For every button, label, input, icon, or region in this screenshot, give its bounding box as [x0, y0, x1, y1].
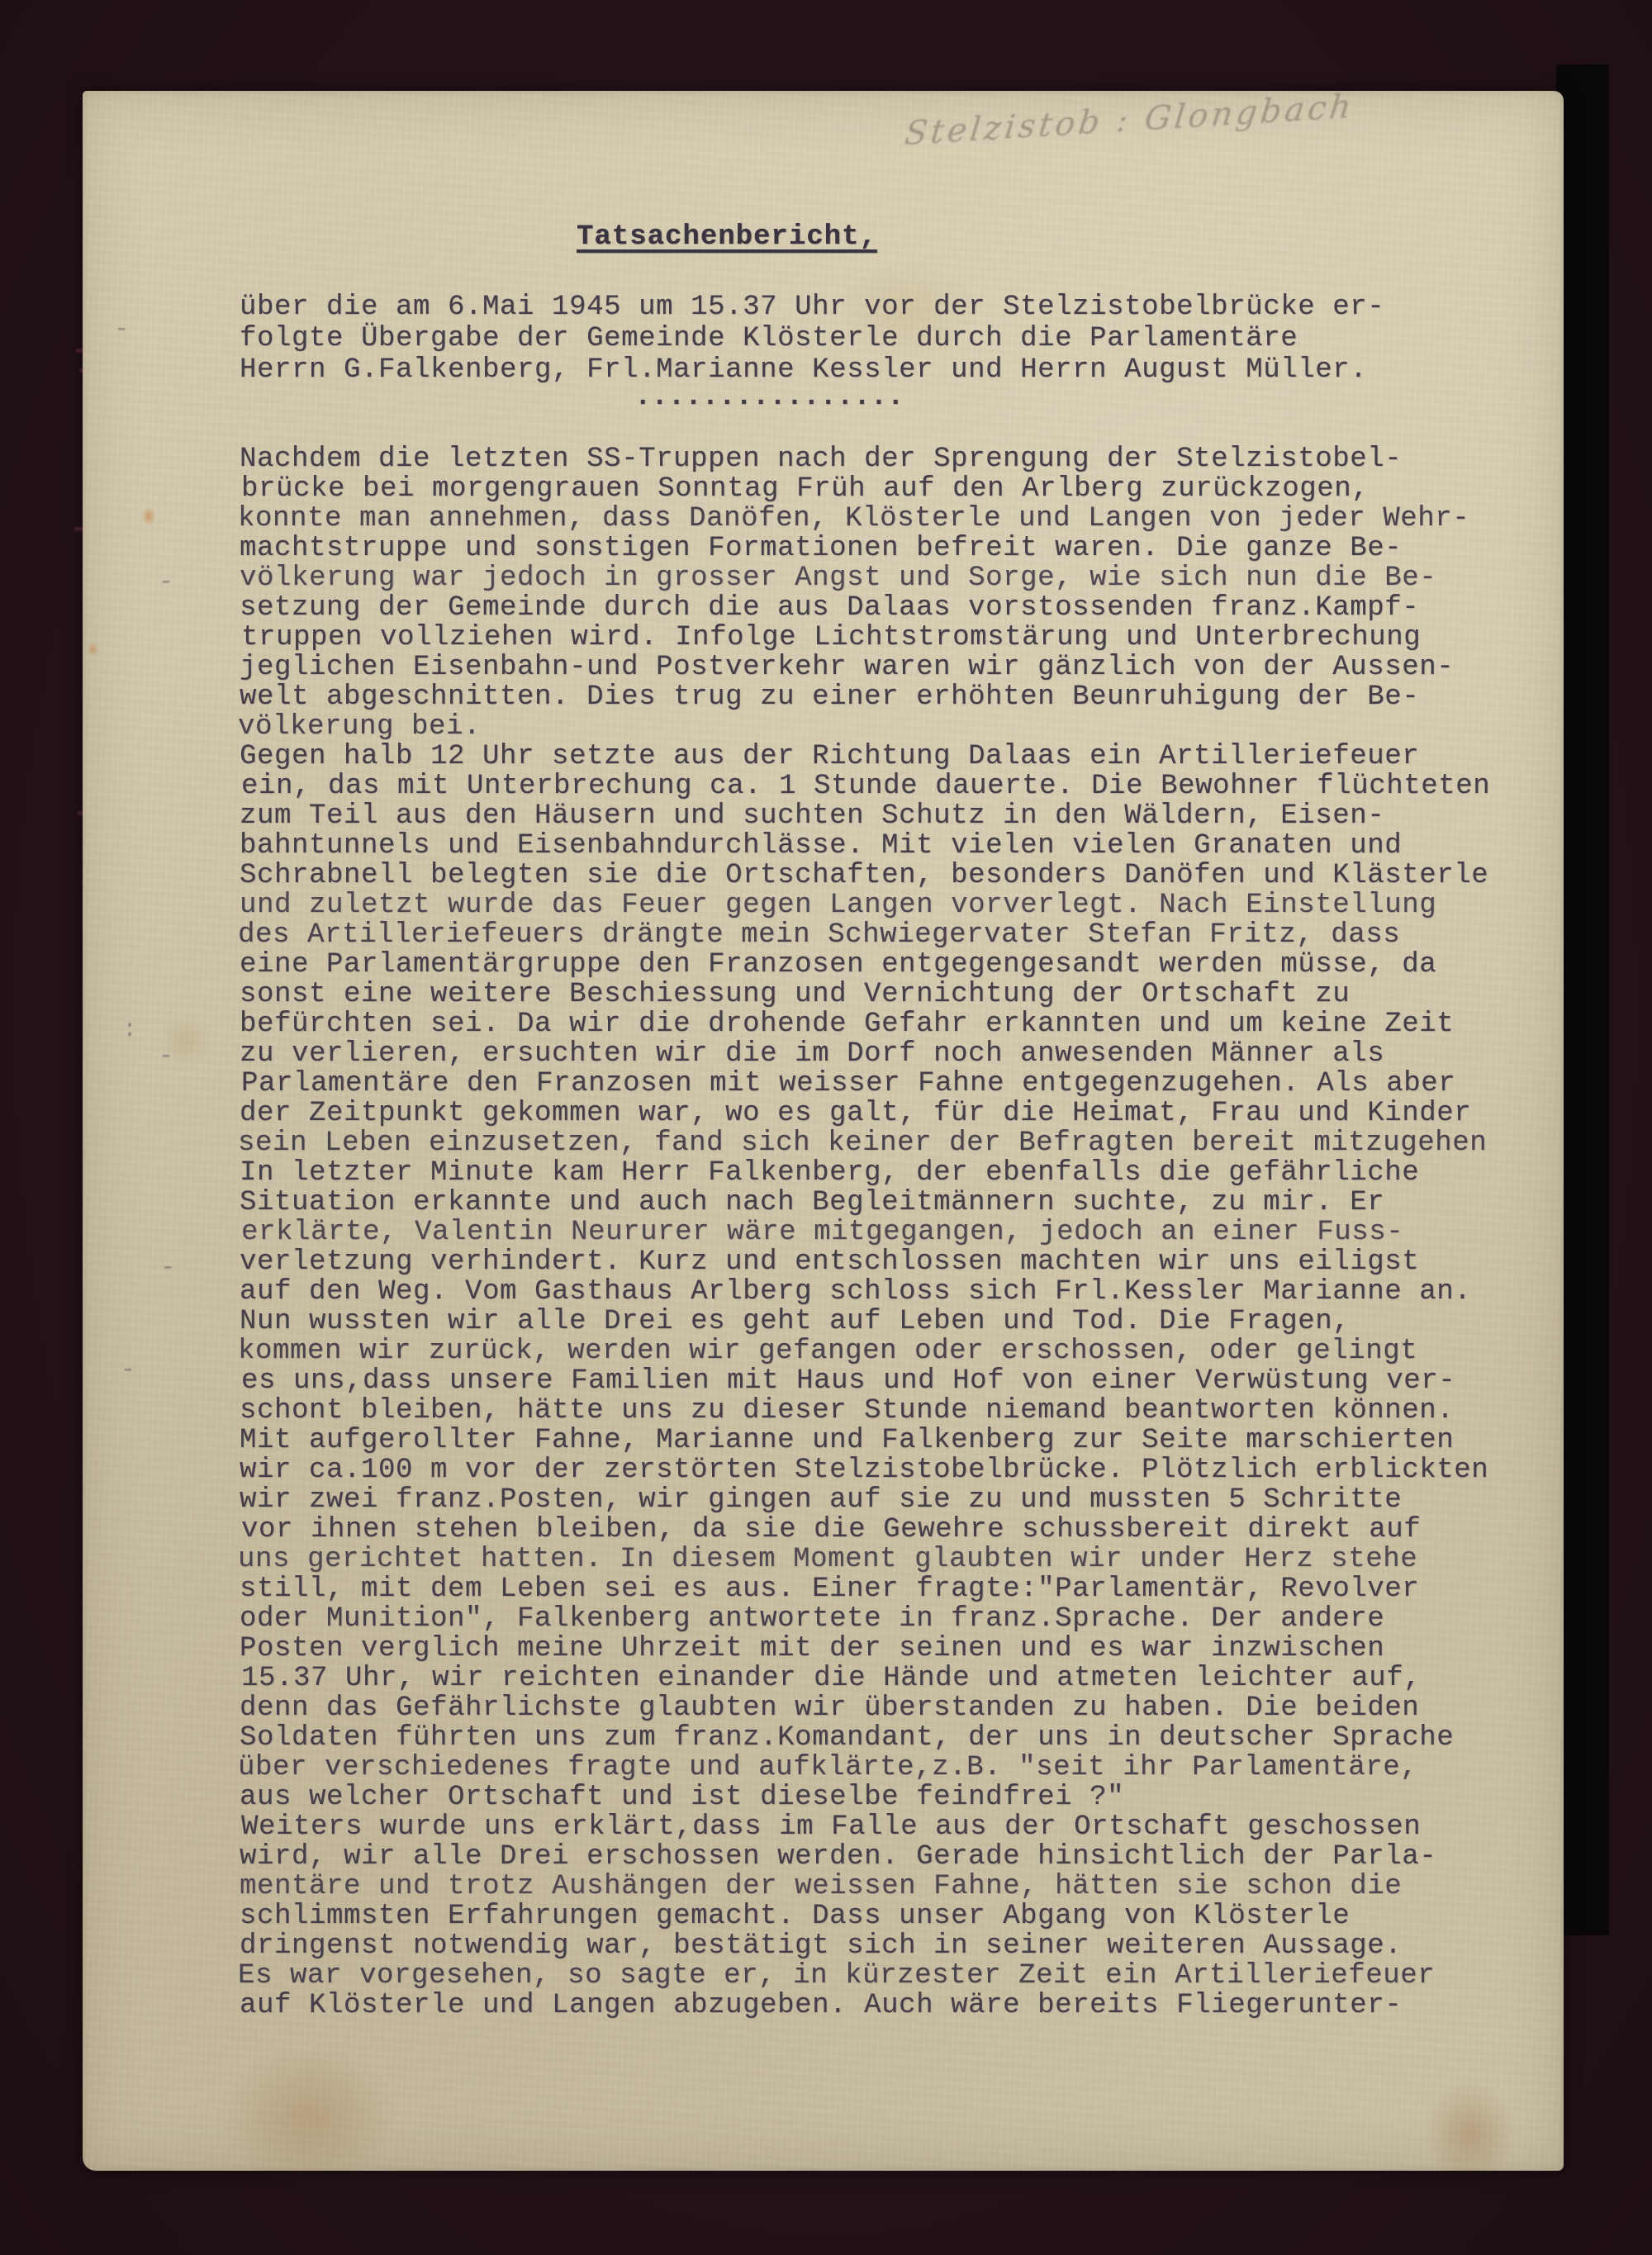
document-page: Stelzistob : Glongbach Tatsachenbericht,… — [83, 91, 1564, 2171]
paper-stain — [223, 2047, 396, 2171]
body-line-3: konnte man annehmen, dass Danöfen, Klöst… — [238, 504, 1526, 534]
paper-stain — [142, 508, 155, 525]
body-line-7: truppen vollziehen wird. Infolge Lichtst… — [241, 623, 1530, 653]
paper-stain — [1425, 2080, 1516, 2171]
body-line-40: oder Munition", Falkenberg antwortete in… — [240, 1604, 1528, 1634]
body-line-53: auf Klösterle und Langen abzugeben. Auch… — [240, 1991, 1528, 2020]
pencil-annotation: Stelzistob : Glongbach — [903, 91, 1369, 153]
subtitle-line-1: über die am 6.Mai 1945 um 15.37 Uhr vor … — [240, 292, 1384, 323]
body-line-50: schlimmsten Erfahrungen gemacht. Dass un… — [240, 1901, 1528, 1931]
body-line-37: vor ihnen stehen bleiben, da sie die Gew… — [241, 1515, 1530, 1545]
pencil-margin-mark: : — [122, 1016, 137, 1044]
body-line-23: der Zeitpunkt gekommen war, wo es galt, … — [240, 1099, 1528, 1128]
body-line-10: völkerung bei. — [238, 712, 1526, 742]
body-line-15: Schrabnell belegten sie die Ortschaften,… — [240, 861, 1528, 890]
pencil-margin-mark: - — [121, 1356, 135, 1384]
paper-stain — [88, 643, 98, 656]
body-line-21: zu verlieren, ersuchten wir die im Dorf … — [240, 1039, 1528, 1069]
body-line-8: jeglichen Eisenbahn-und Postverkehr ware… — [240, 653, 1528, 682]
body-line-43: denn das Gefährlichste glaubten wir über… — [240, 1693, 1528, 1723]
body-line-9: welt abgeschnitten. Dies trug zu einer e… — [240, 682, 1528, 712]
body-line-33: schont bleiben, hätte uns zu dieser Stun… — [240, 1396, 1528, 1426]
subtitle-line-2: folgte Übergabe der Gemeinde Klösterle d… — [240, 323, 1384, 354]
document-body-text: Nachdem die letzten SS-Truppen nach der … — [240, 444, 1528, 2020]
body-line-11: Gegen halb 12 Uhr setzte aus der Richtun… — [240, 742, 1528, 771]
body-line-32: es uns,dass unsere Familien mit Haus und… — [241, 1366, 1530, 1396]
document-subtitle: über die am 6.Mai 1945 um 15.37 Uhr vor … — [240, 292, 1384, 386]
body-line-5: völkerung war jedoch in grosser Angst un… — [240, 563, 1528, 593]
body-line-51: dringenst notwendig war, bestätigt sich … — [240, 1931, 1528, 1961]
separator-dots: ................ — [634, 382, 904, 413]
body-line-44: Soldaten führten uns zum franz.Komandant… — [240, 1723, 1528, 1753]
body-line-34: Mit aufgerollter Fahne, Marianne und Fal… — [240, 1426, 1528, 1455]
body-line-31: kommen wir zurück, werden wir gefangen o… — [238, 1336, 1526, 1366]
body-line-30: Nun wussten wir alle Drei es geht auf Le… — [240, 1307, 1528, 1336]
body-line-14: bahntunnels und Eisenbahndurchlässe. Mit… — [240, 831, 1528, 861]
body-line-2: brücke bei morgengrauen Sonntag Früh auf… — [241, 474, 1530, 504]
scan-mount-background: Stelzistob : Glongbach Tatsachenbericht,… — [0, 0, 1652, 2255]
body-line-45: über verschiedenes fragte und aufklärte,… — [238, 1753, 1526, 1783]
body-line-20: befürchten sei. Da wir die drohende Gefa… — [240, 1009, 1528, 1039]
body-line-41: Posten verglich meine Uhrzeit mit der se… — [240, 1634, 1528, 1664]
body-line-38: uns gerichtet hatten. In diesem Moment g… — [238, 1545, 1526, 1574]
body-line-35: wir ca.100 m vor der zerstörten Stelzist… — [240, 1455, 1528, 1485]
body-line-29: auf den Weg. Vom Gasthaus Arlberg schlos… — [240, 1277, 1528, 1307]
body-line-1: Nachdem die letzten SS-Truppen nach der … — [240, 444, 1528, 474]
body-line-48: wird, wir alle Drei erschossen werden. G… — [240, 1842, 1528, 1872]
body-line-49: mentäre und trotz Aushängen der weissen … — [240, 1872, 1528, 1901]
body-line-4: machtstruppe und sonstigen Formationen b… — [240, 534, 1528, 563]
scan-backing-strip — [1556, 64, 1609, 1935]
pencil-margin-mark: - — [159, 568, 173, 596]
body-line-36: wir zwei franz.Posten, wir gingen auf si… — [240, 1485, 1528, 1515]
body-line-12: ein, das mit Unterbrechung ca. 1 Stunde … — [241, 771, 1530, 801]
pencil-margin-mark: - — [160, 1254, 175, 1282]
body-line-27: erklärte, Valentin Neururer wäre mitgega… — [241, 1218, 1530, 1247]
body-line-17: des Artilleriefeuers drängte mein Schwie… — [238, 920, 1526, 950]
body-line-25: In letzter Minute kam Herr Falkenberg, d… — [240, 1158, 1528, 1188]
body-line-26: Situation erkannte und auch nach Begleit… — [240, 1188, 1528, 1218]
body-line-28: verletzung verhindert. Kurz und entschlo… — [240, 1247, 1528, 1277]
body-line-39: still, mit dem Leben sei es aus. Einer f… — [240, 1574, 1528, 1604]
pencil-margin-mark: - — [114, 316, 129, 344]
body-line-19: sonst eine weitere Beschiessung und Vern… — [240, 980, 1528, 1009]
body-line-22: Parlamentäre den Franzosen mit weisser F… — [241, 1069, 1530, 1099]
body-line-6: setzung der Gemeinde durch die aus Dalaa… — [240, 593, 1528, 623]
body-line-46: aus welcher Ortschaft und ist dieselbe f… — [240, 1783, 1528, 1812]
body-line-16: und zuletzt wurde das Feuer gegen Langen… — [240, 890, 1528, 920]
body-line-24: sein Leben einzusetzen, fand sich keiner… — [238, 1128, 1526, 1158]
pencil-margin-mark: - — [159, 1042, 173, 1071]
document-title: Tatsachenbericht, — [577, 221, 877, 253]
body-line-18: eine Parlamentärgruppe den Franzosen ent… — [240, 950, 1528, 980]
body-line-47: Weiters wurde uns erklärt,dass im Falle … — [241, 1812, 1530, 1842]
body-line-13: zum Teil aus den Häusern und suchten Sch… — [240, 801, 1528, 831]
body-line-52: Es war vorgesehen, so sagte er, in kürze… — [238, 1961, 1526, 1991]
body-line-42: 15.37 Uhr, wir reichten einander die Hän… — [241, 1664, 1530, 1693]
